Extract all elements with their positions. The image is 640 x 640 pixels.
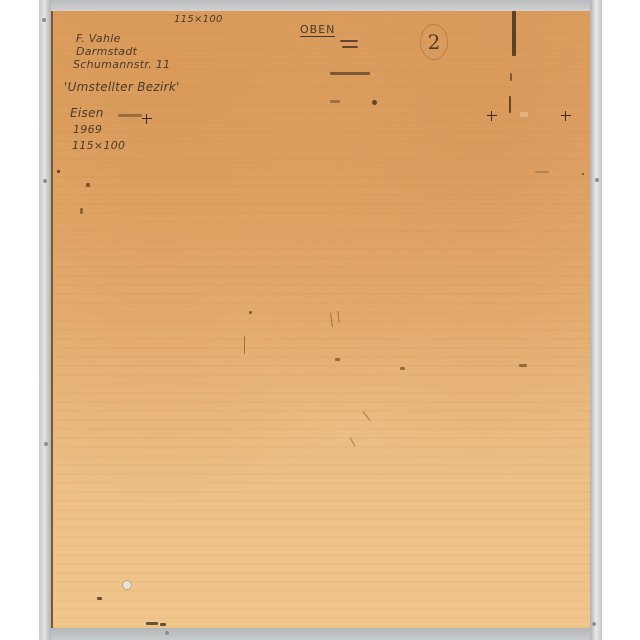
frame-screw-icon xyxy=(42,18,46,22)
scratch-mark xyxy=(244,336,245,354)
chip-mark xyxy=(520,112,528,117)
frame-screw-icon xyxy=(592,622,596,626)
spot-mark xyxy=(582,173,584,175)
frame-screw-icon xyxy=(165,631,169,635)
frame-screw-icon xyxy=(595,178,599,182)
year-text: 1969 xyxy=(73,123,102,136)
cross-mark-icon xyxy=(561,111,571,121)
artist-name-text: F. Vahle xyxy=(76,32,121,45)
dash-mark xyxy=(535,171,549,173)
dash-mark xyxy=(340,40,358,42)
cross-mark-icon xyxy=(487,111,497,121)
spot-mark xyxy=(97,597,102,600)
spot-mark xyxy=(519,364,527,367)
artwork-back-photo: 115×100 F. Vahle Darmstadt Schumannstr. … xyxy=(0,0,640,640)
dash-mark xyxy=(330,72,370,75)
frame-screw-icon xyxy=(43,179,47,183)
spot-mark xyxy=(80,208,83,214)
dimensions-text: 115×100 xyxy=(72,139,125,152)
nail-hole xyxy=(122,580,132,590)
spot-mark xyxy=(249,311,252,314)
frame-right-edge xyxy=(590,0,602,640)
cross-mark-icon xyxy=(142,114,152,124)
streak-mark xyxy=(510,73,512,81)
streak-mark xyxy=(509,96,511,113)
dimensions-top-text: 115×100 xyxy=(174,14,223,25)
streak-mark xyxy=(512,11,516,56)
number-marker: 2 xyxy=(420,24,448,60)
artwork-title-text: 'Umstellter Bezirk' xyxy=(64,80,180,94)
spot-mark xyxy=(146,622,158,625)
spot-mark xyxy=(372,100,377,105)
street-text: Schumannstr. 11 xyxy=(73,58,170,71)
number-text: 2 xyxy=(428,30,441,54)
spot-mark xyxy=(86,183,90,187)
frame-bottom-edge xyxy=(39,628,602,640)
spot-mark xyxy=(335,358,340,361)
frame-top-edge xyxy=(39,0,602,11)
spot-mark xyxy=(160,623,166,626)
dash-mark xyxy=(342,46,358,48)
city-text: Darmstadt xyxy=(76,45,137,58)
spot-mark xyxy=(57,170,60,173)
spot-mark xyxy=(400,367,405,370)
frame-screw-icon xyxy=(44,442,48,446)
material-text: Eisen xyxy=(70,106,104,120)
orientation-label: OBEN xyxy=(300,23,335,37)
smudge-mark xyxy=(118,114,142,117)
dash-mark xyxy=(330,100,340,103)
frame-left-edge xyxy=(39,0,51,640)
